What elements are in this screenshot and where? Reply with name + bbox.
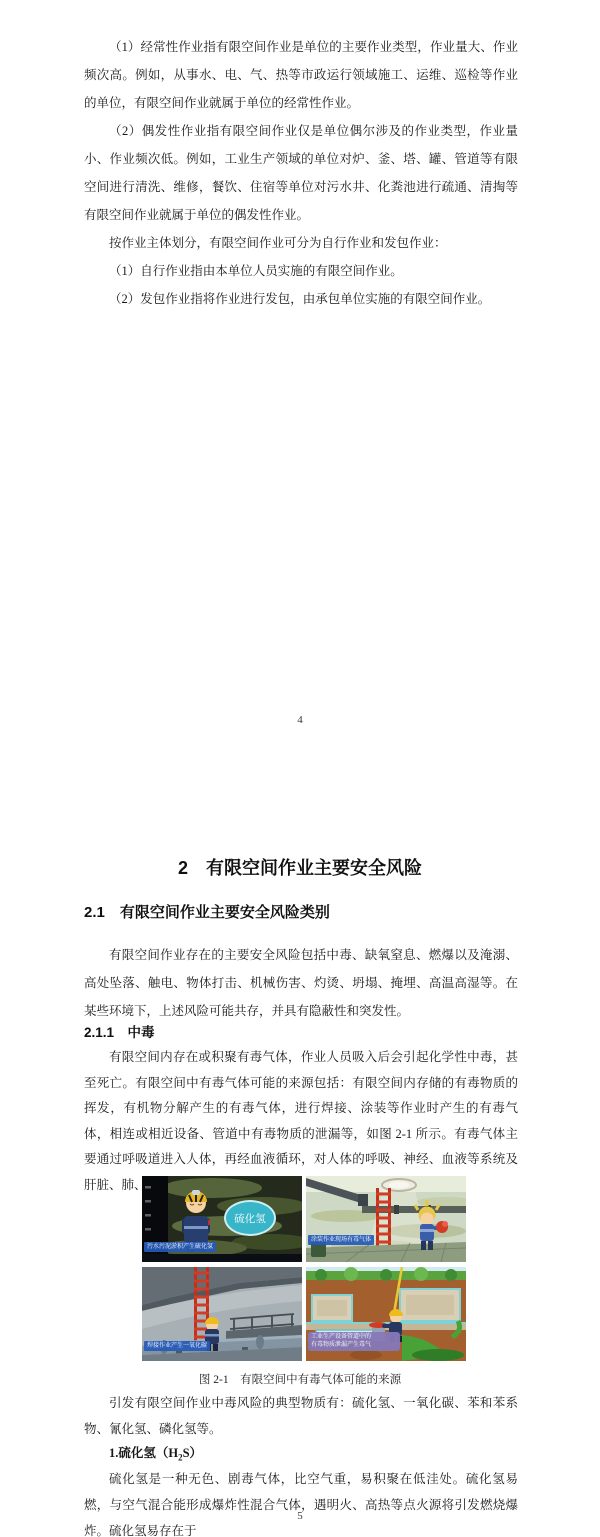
panel-1-label: 污水污泥淤积产生硫化氢: [144, 1242, 216, 1252]
document-page: （1）经常性作业指有限空间作业是单位的主要作业类型，作业量大、作业频次高。例如，…: [0, 0, 600, 1537]
h2s-paragraph-block: 硫化氢是一种无色、剧毒气体，比空气重，易积聚在低洼处。硫化氢易燃，与空气混合能形…: [84, 1466, 518, 1537]
paragraph-self-work: （1）自行作业指由本单位人员实施的有限空间作业。: [84, 257, 518, 285]
panel-4-label-line1: 工业生产设备管道中的: [311, 1334, 397, 1342]
h2s-heading-prefix: 1.硫化氢（H: [109, 1446, 178, 1460]
manhole-opening: [382, 1179, 416, 1191]
panel-4-label-line2: 有毒物质泄漏产生毒气: [311, 1342, 397, 1350]
paragraph-contracted-work: （2）发包作业指将作业进行发包，由承包单位实施的有限空间作业。: [84, 285, 518, 313]
paragraph-risk-types: 有限空间作业存在的主要安全风险包括中毒、缺氧窒息、燃爆以及淹溺、高处坠落、触电、…: [84, 941, 518, 1025]
panel-4-label: 工业生产设备管道中的 有毒物质泄漏产生毒气: [308, 1332, 400, 1351]
panel-3-label: 焊接作业产生一氧化碳: [144, 1341, 210, 1351]
page-number-4: 4: [0, 714, 600, 726]
figure-panel-pipe-leak: 工业生产设备管道中的 有毒物质泄漏产生毒气: [306, 1267, 466, 1361]
figure-panel-welding-co: 焊接作业产生一氧化碳: [142, 1267, 302, 1361]
panel-2-label: 涂装作业现场有毒气体: [308, 1235, 374, 1245]
substances-paragraph-block: 引发有限空间作业中毒风险的典型物质有：硫化氢、一氧化碳、苯和苯系物、氰化氢、磷化…: [84, 1390, 518, 1442]
page-number-5: 5: [0, 1510, 600, 1522]
paragraph-regular-work: （1）经常性作业指有限空间作业是单位的主要作业类型，作业量大、作业频次高。例如，…: [84, 33, 518, 117]
h2s-heading: 1.硫化氢（H2S）: [84, 1443, 518, 1463]
section-title-2-1: 2.1 有限空间作业主要安全风险类别: [84, 901, 330, 922]
h2s-heading-suffix: S）: [183, 1446, 202, 1460]
figure-panel-sewage-h2s: 硫化氢 污水污泥淤积产生硫化氢: [142, 1176, 302, 1262]
paragraph-typical-substances: 引发有限空间作业中毒风险的典型物质有：硫化氢、一氧化碳、苯和苯系物、氰化氢、磷化…: [84, 1390, 518, 1442]
letterbox-bar: [142, 1254, 302, 1262]
figure-caption: 图 2-1 有限空间中有毒气体可能的来源: [0, 1371, 600, 1387]
section-intro-block: 有限空间作业存在的主要安全风险包括中毒、缺氧窒息、燃爆以及淹溺、高处坠落、触电、…: [84, 941, 518, 1025]
page4-text-block: （1）经常性作业指有限空间作业是单位的主要作业类型，作业量大、作业频次高。例如，…: [84, 33, 518, 313]
figure-panel-tank-painting: 涂装作业现场有毒气体: [306, 1176, 466, 1262]
figure-2-1: 硫化氢 污水污泥淤积产生硫化氢: [142, 1176, 466, 1361]
h2s-bubble: 硫化氢: [224, 1200, 276, 1236]
paragraph-occasional-work: （2）偶发性作业指有限空间作业仅是单位偶尔涉及的作业类型，作业量小、作业频次低。…: [84, 117, 518, 229]
paragraph-h2s: 硫化氢是一种无色、剧毒气体，比空气重，易积聚在低洼处。硫化氢易燃，与空气混合能形…: [84, 1466, 518, 1537]
chapter-title: 2 有限空间作业主要安全风险: [0, 854, 600, 880]
panel-2-art: [306, 1176, 466, 1262]
paragraph-by-subject: 按作业主体划分，有限空间作业可分为自行作业和发包作业：: [84, 229, 518, 257]
subsection-title-2-1-1: 2.1.1 中毒: [84, 1021, 155, 1041]
